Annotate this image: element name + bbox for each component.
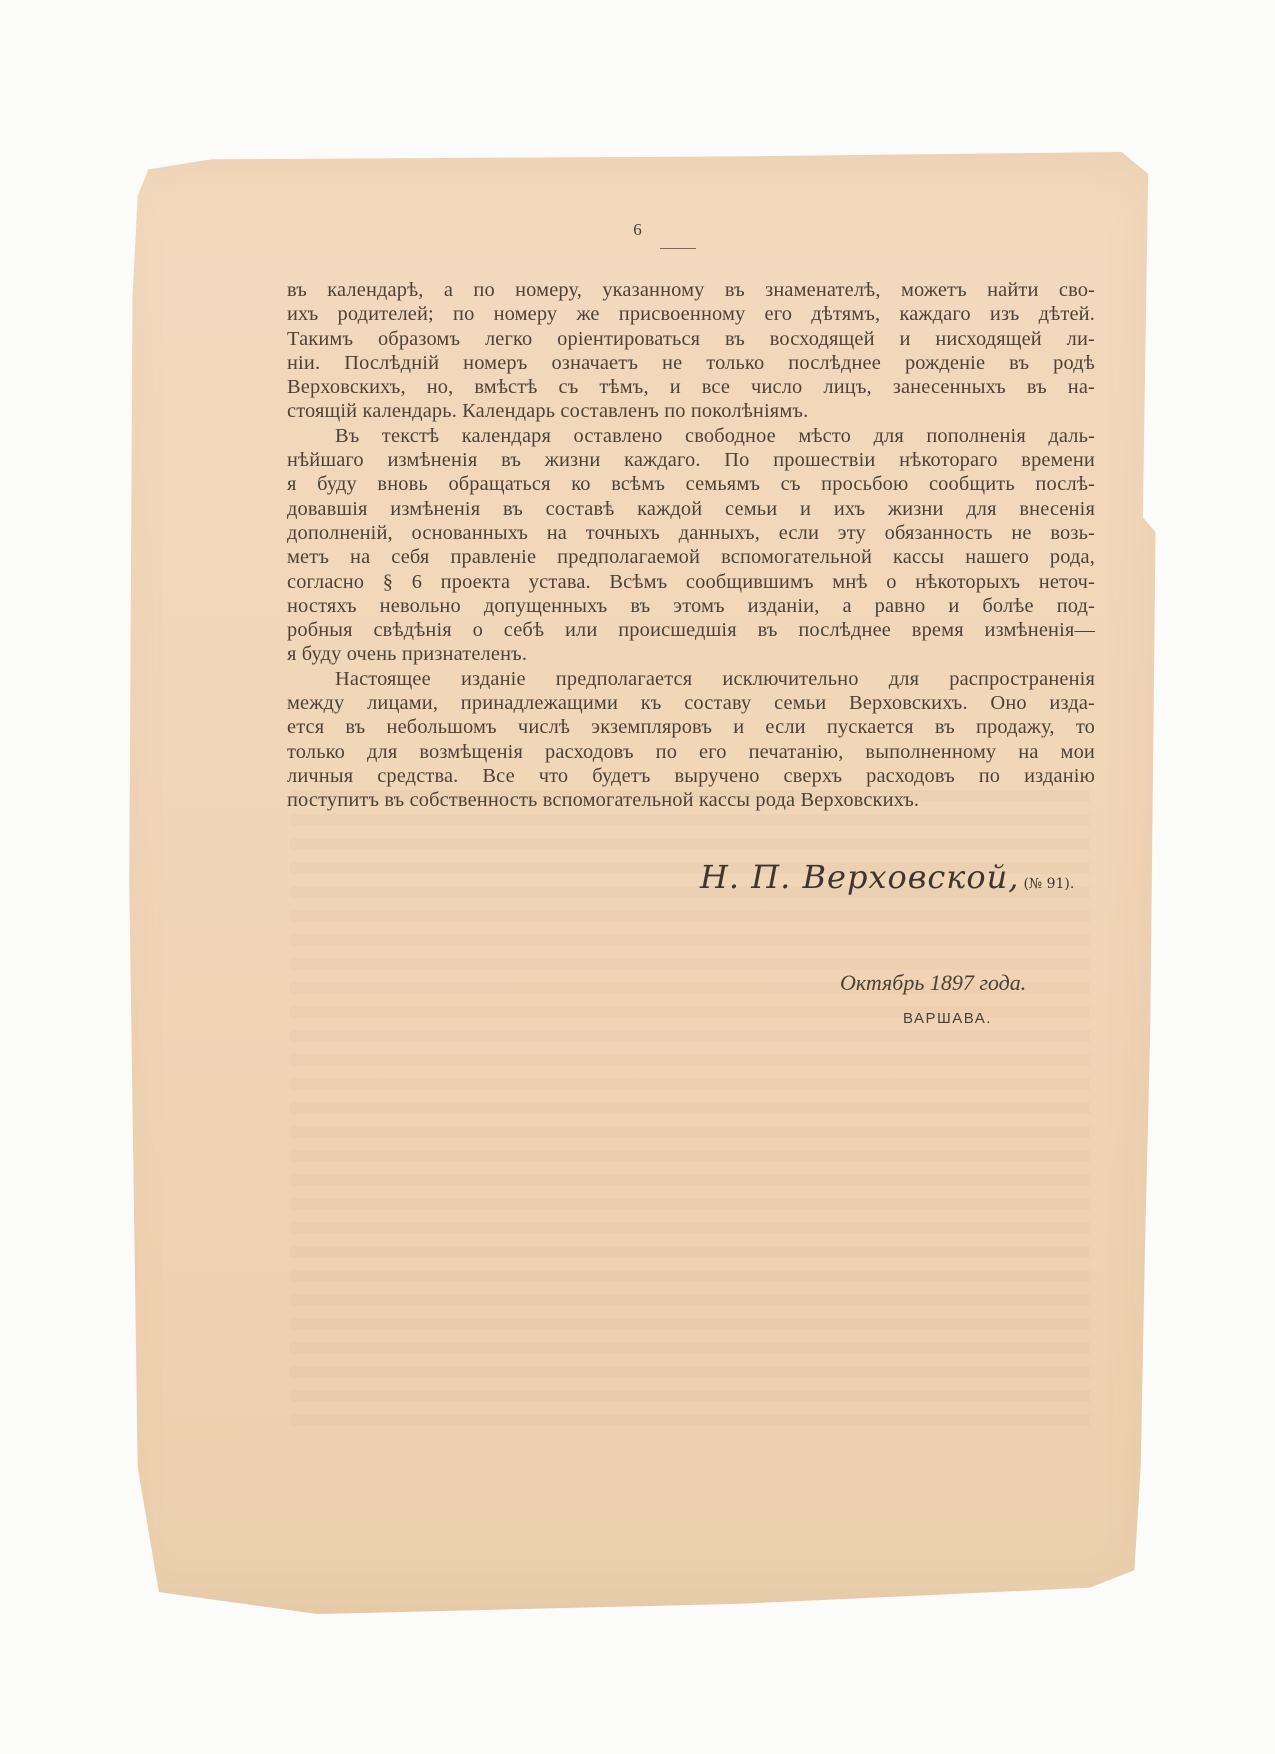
text-line: нѣйшаго измѣненія въ жизни каждаго. По п…: [287, 448, 1095, 472]
text-line: ихъ родителей; по номеру же присвоенному…: [287, 302, 1095, 326]
page-number: 6: [0, 220, 1275, 240]
page-number-rule: [660, 248, 696, 249]
text-line: метъ на себя правленіе предполагаемой вс…: [287, 545, 1095, 569]
body-text: въ календарѣ, а по номеру, указанному въ…: [287, 278, 1095, 813]
text-line: ется въ небольшомъ числѣ экземпляровъ и …: [287, 715, 1095, 739]
text-line: стоящій календарь. Календарь составленъ …: [287, 399, 1095, 423]
text-line: дополненій, основанныхъ на точныхъ данны…: [287, 521, 1095, 545]
text-line: ностяхъ невольно допущенныхъ въ этомъ из…: [287, 594, 1095, 618]
signature-name: Н. П. Верховской,: [700, 858, 1019, 896]
text-line: ніи. Послѣдній номеръ означаетъ не тольк…: [287, 351, 1095, 375]
text-line: поступитъ въ собственность вспомогательн…: [287, 788, 1095, 812]
text-line: Такимъ образомъ легко оріентироваться въ…: [287, 327, 1095, 351]
text-line: личныя средства. Все что будетъ выручено…: [287, 764, 1095, 788]
text-line: согласно § 6 проекта устава. Всѣмъ сообщ…: [287, 570, 1095, 594]
text-line: только для возмѣщенія расходовъ по его п…: [287, 740, 1095, 764]
text-line: Въ текстѣ календаря оставлено свободное …: [287, 424, 1095, 448]
text-line: Настоящее изданіе предполагается исключи…: [287, 667, 1095, 691]
city: ВАРШАВА.: [903, 1010, 992, 1027]
signature: Н. П. Верховской,(№ 91).: [700, 858, 1074, 896]
text-line: довавшія измѣненія въ составѣ каждой сем…: [287, 497, 1095, 521]
text-line: между лицами, принадлежащими къ составу …: [287, 691, 1095, 715]
text-line: я буду очень признателенъ.: [287, 642, 1095, 666]
signature-number: (№ 91).: [1023, 876, 1074, 892]
date: Октябрь 1897 года.: [840, 970, 1026, 996]
text-line: Верховскихъ, но, вмѣстѣ съ тѣмъ, и все ч…: [287, 375, 1095, 399]
text-line: въ календарѣ, а по номеру, указанному въ…: [287, 278, 1095, 302]
text-line: я буду вновь обращаться ко всѣмъ семьямъ…: [287, 472, 1095, 496]
text-line: робныя свѣдѣнія о себѣ или происшедшія в…: [287, 618, 1095, 642]
